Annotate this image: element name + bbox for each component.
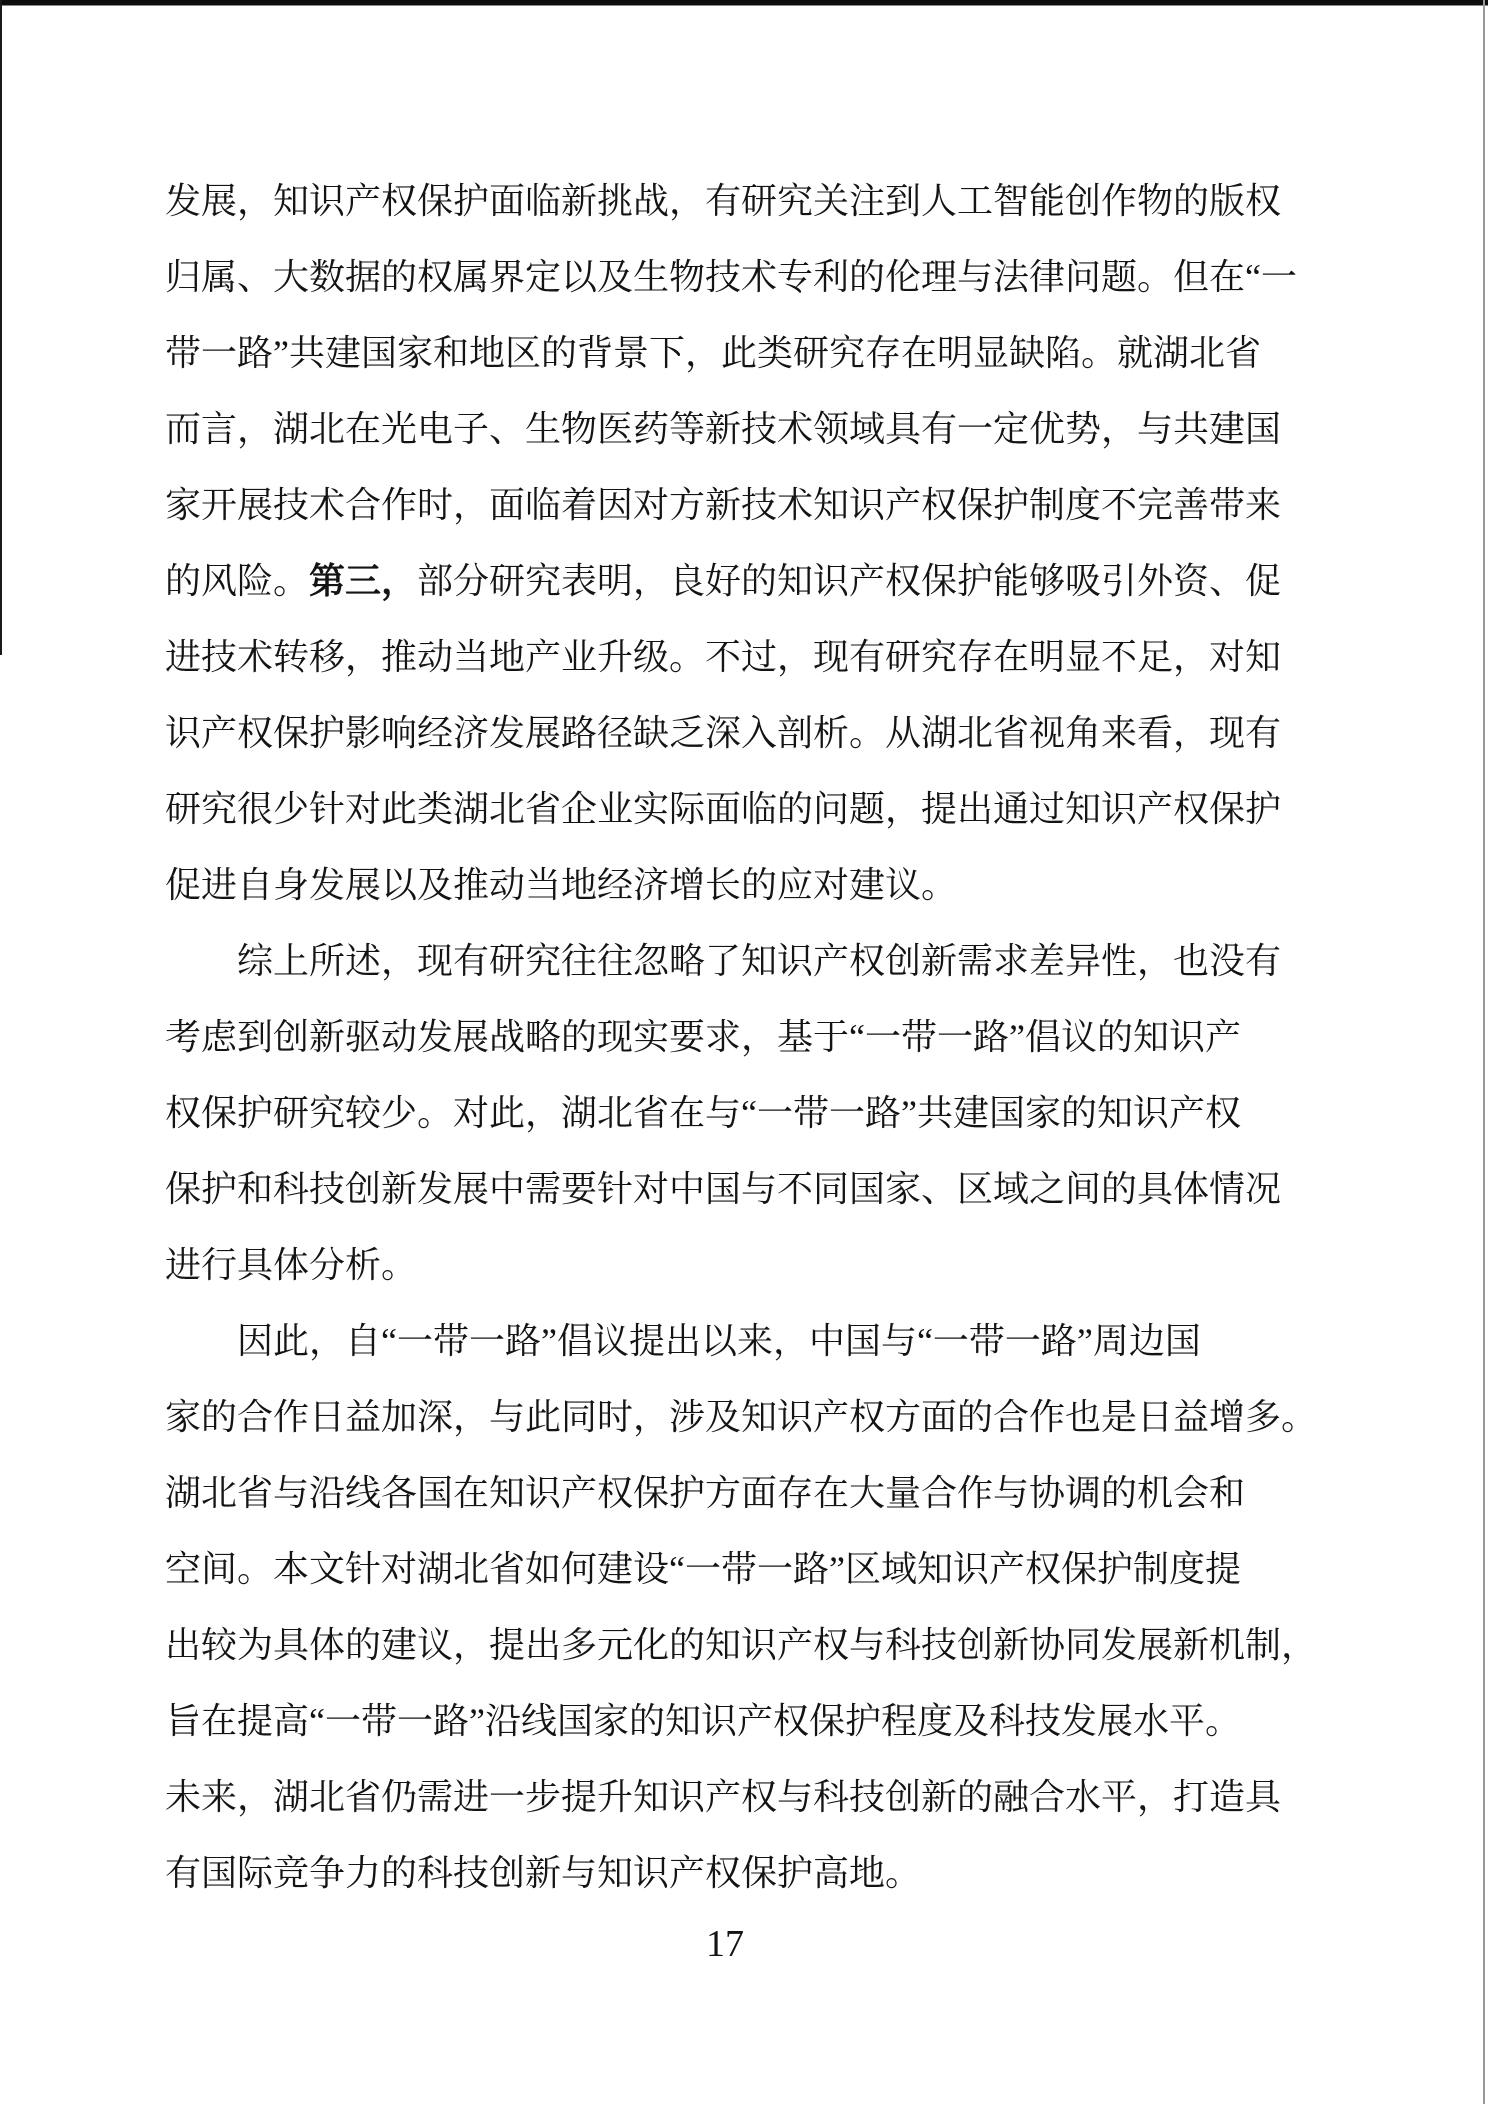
text-line: 促进自身发展以及推动当地经济增长的应对建议。 xyxy=(165,847,1285,923)
text-line: 未来，湖北省仍需进一步提升知识产权与科技创新的融合水平，打造具 xyxy=(165,1759,1285,1835)
text-segment: 有国际竞争力的科技创新与知识产权保护高地。 xyxy=(165,1853,921,1893)
text-segment: 而言，湖北在光电子、生物医药等新技术领域具有一定优势，与共建国 xyxy=(165,409,1281,449)
text-segment: 进技术转移，推动当地产业升级。不过，现有研究存在明显不足，对知 xyxy=(165,637,1281,677)
text-line: 家的合作日益加深，与此同时，涉及知识产权方面的合作也是日益增多。 xyxy=(165,1379,1285,1455)
text-line: 综上所述，现有研究往往忽略了知识产权创新需求差异性，也没有 xyxy=(165,923,1285,999)
text-segment: 出较为具体的建议，提出多元化的知识产权与科技创新协同发展新机制， xyxy=(165,1625,1317,1665)
text-segment: 带一路”共建国家和地区的背景下，此类研究存在明显缺陷。就湖北省 xyxy=(165,333,1261,373)
body-text: 发展，知识产权保护面临新挑战，有研究关注到人工智能创作物的版权归属、大数据的权属… xyxy=(165,163,1285,1911)
text-line: 进行具体分析。 xyxy=(165,1227,1285,1303)
text-segment: 部分研究表明，良好的知识产权保护能够吸引外资、促 xyxy=(417,561,1281,601)
text-line: 因此，自“一带一路”倡议提出以来，中国与“一带一路”周边国 xyxy=(165,1303,1285,1379)
text-segment: 家开展技术合作时，面临着因对方新技术知识产权保护制度不完善带来 xyxy=(165,485,1281,525)
text-line: 湖北省与沿线各国在知识产权保护方面存在大量合作与协调的机会和 xyxy=(165,1455,1285,1531)
text-segment: 旨在提高“一带一路”沿线国家的知识产权保护程度及科技发展水平。 xyxy=(165,1701,1241,1741)
text-line: 有国际竞争力的科技创新与知识产权保护高地。 xyxy=(165,1835,1285,1911)
text-line: 保护和科技创新发展中需要针对中国与不同国家、区域之间的具体情况 xyxy=(165,1151,1285,1227)
text-segment: 进行具体分析。 xyxy=(165,1245,417,1285)
text-segment: 保护和科技创新发展中需要针对中国与不同国家、区域之间的具体情况 xyxy=(165,1169,1281,1209)
text-segment: 的风险。 xyxy=(165,561,309,601)
text-line: 家开展技术合作时，面临着因对方新技术知识产权保护制度不完善带来 xyxy=(165,467,1285,543)
text-segment-bold: 第三， xyxy=(309,561,417,601)
scan-edge-top xyxy=(0,0,1488,6)
text-segment: 未来，湖北省仍需进一步提升知识产权与科技创新的融合水平，打造具 xyxy=(165,1777,1281,1817)
text-line: 识产权保护影响经济发展路径缺乏深入剖析。从湖北省视角来看，现有 xyxy=(165,695,1285,771)
text-line: 出较为具体的建议，提出多元化的知识产权与科技创新协同发展新机制， xyxy=(165,1607,1285,1683)
text-line: 考虑到创新驱动发展战略的现实要求，基于“一带一路”倡议的知识产 xyxy=(165,999,1285,1075)
text-line: 归属、大数据的权属界定以及生物技术专利的伦理与法律问题。但在“一 xyxy=(165,239,1285,315)
text-line: 带一路”共建国家和地区的背景下，此类研究存在明显缺陷。就湖北省 xyxy=(165,315,1285,391)
text-segment: 家的合作日益加深，与此同时，涉及知识产权方面的合作也是日益增多。 xyxy=(165,1397,1317,1437)
text-segment: 研究很少针对此类湖北省企业实际面临的问题，提出通过知识产权保护 xyxy=(165,789,1281,829)
text-segment: 湖北省与沿线各国在知识产权保护方面存在大量合作与协调的机会和 xyxy=(165,1473,1245,1513)
text-line: 研究很少针对此类湖北省企业实际面临的问题，提出通过知识产权保护 xyxy=(165,771,1285,847)
page-number: 17 xyxy=(165,1916,1285,1972)
text-segment: 发展，知识产权保护面临新挑战，有研究关注到人工智能创作物的版权 xyxy=(165,181,1281,221)
text-line: 权保护研究较少。对此，湖北省在与“一带一路”共建国家的知识产权 xyxy=(165,1075,1285,1151)
document-page: 发展，知识产权保护面临新挑战，有研究关注到人工智能创作物的版权归属、大数据的权属… xyxy=(0,0,1488,2104)
text-line: 的风险。第三，部分研究表明，良好的知识产权保护能够吸引外资、促 xyxy=(165,543,1285,619)
text-segment: 因此，自“一带一路”倡议提出以来，中国与“一带一路”周边国 xyxy=(237,1321,1201,1361)
text-line: 发展，知识产权保护面临新挑战，有研究关注到人工智能创作物的版权 xyxy=(165,163,1285,239)
text-line: 旨在提高“一带一路”沿线国家的知识产权保护程度及科技发展水平。 xyxy=(165,1683,1285,1759)
text-segment: 归属、大数据的权属界定以及生物技术专利的伦理与法律问题。但在“一 xyxy=(165,257,1297,297)
text-segment: 空间。本文针对湖北省如何建设“一带一路”区域知识产权保护制度提 xyxy=(165,1549,1241,1589)
text-segment: 综上所述，现有研究往往忽略了知识产权创新需求差异性，也没有 xyxy=(237,941,1281,981)
scan-edge-left xyxy=(0,0,2,655)
text-segment: 识产权保护影响经济发展路径缺乏深入剖析。从湖北省视角来看，现有 xyxy=(165,713,1281,753)
text-line: 空间。本文针对湖北省如何建设“一带一路”区域知识产权保护制度提 xyxy=(165,1531,1285,1607)
text-line: 进技术转移，推动当地产业升级。不过，现有研究存在明显不足，对知 xyxy=(165,619,1285,695)
text-segment: 考虑到创新驱动发展战略的现实要求，基于“一带一路”倡议的知识产 xyxy=(165,1017,1241,1057)
text-segment: 权保护研究较少。对此，湖北省在与“一带一路”共建国家的知识产权 xyxy=(165,1093,1241,1133)
scan-edge-right xyxy=(1483,0,1485,2104)
text-segment: 促进自身发展以及推动当地经济增长的应对建议。 xyxy=(165,865,957,905)
text-line: 而言，湖北在光电子、生物医药等新技术领域具有一定优势，与共建国 xyxy=(165,391,1285,467)
